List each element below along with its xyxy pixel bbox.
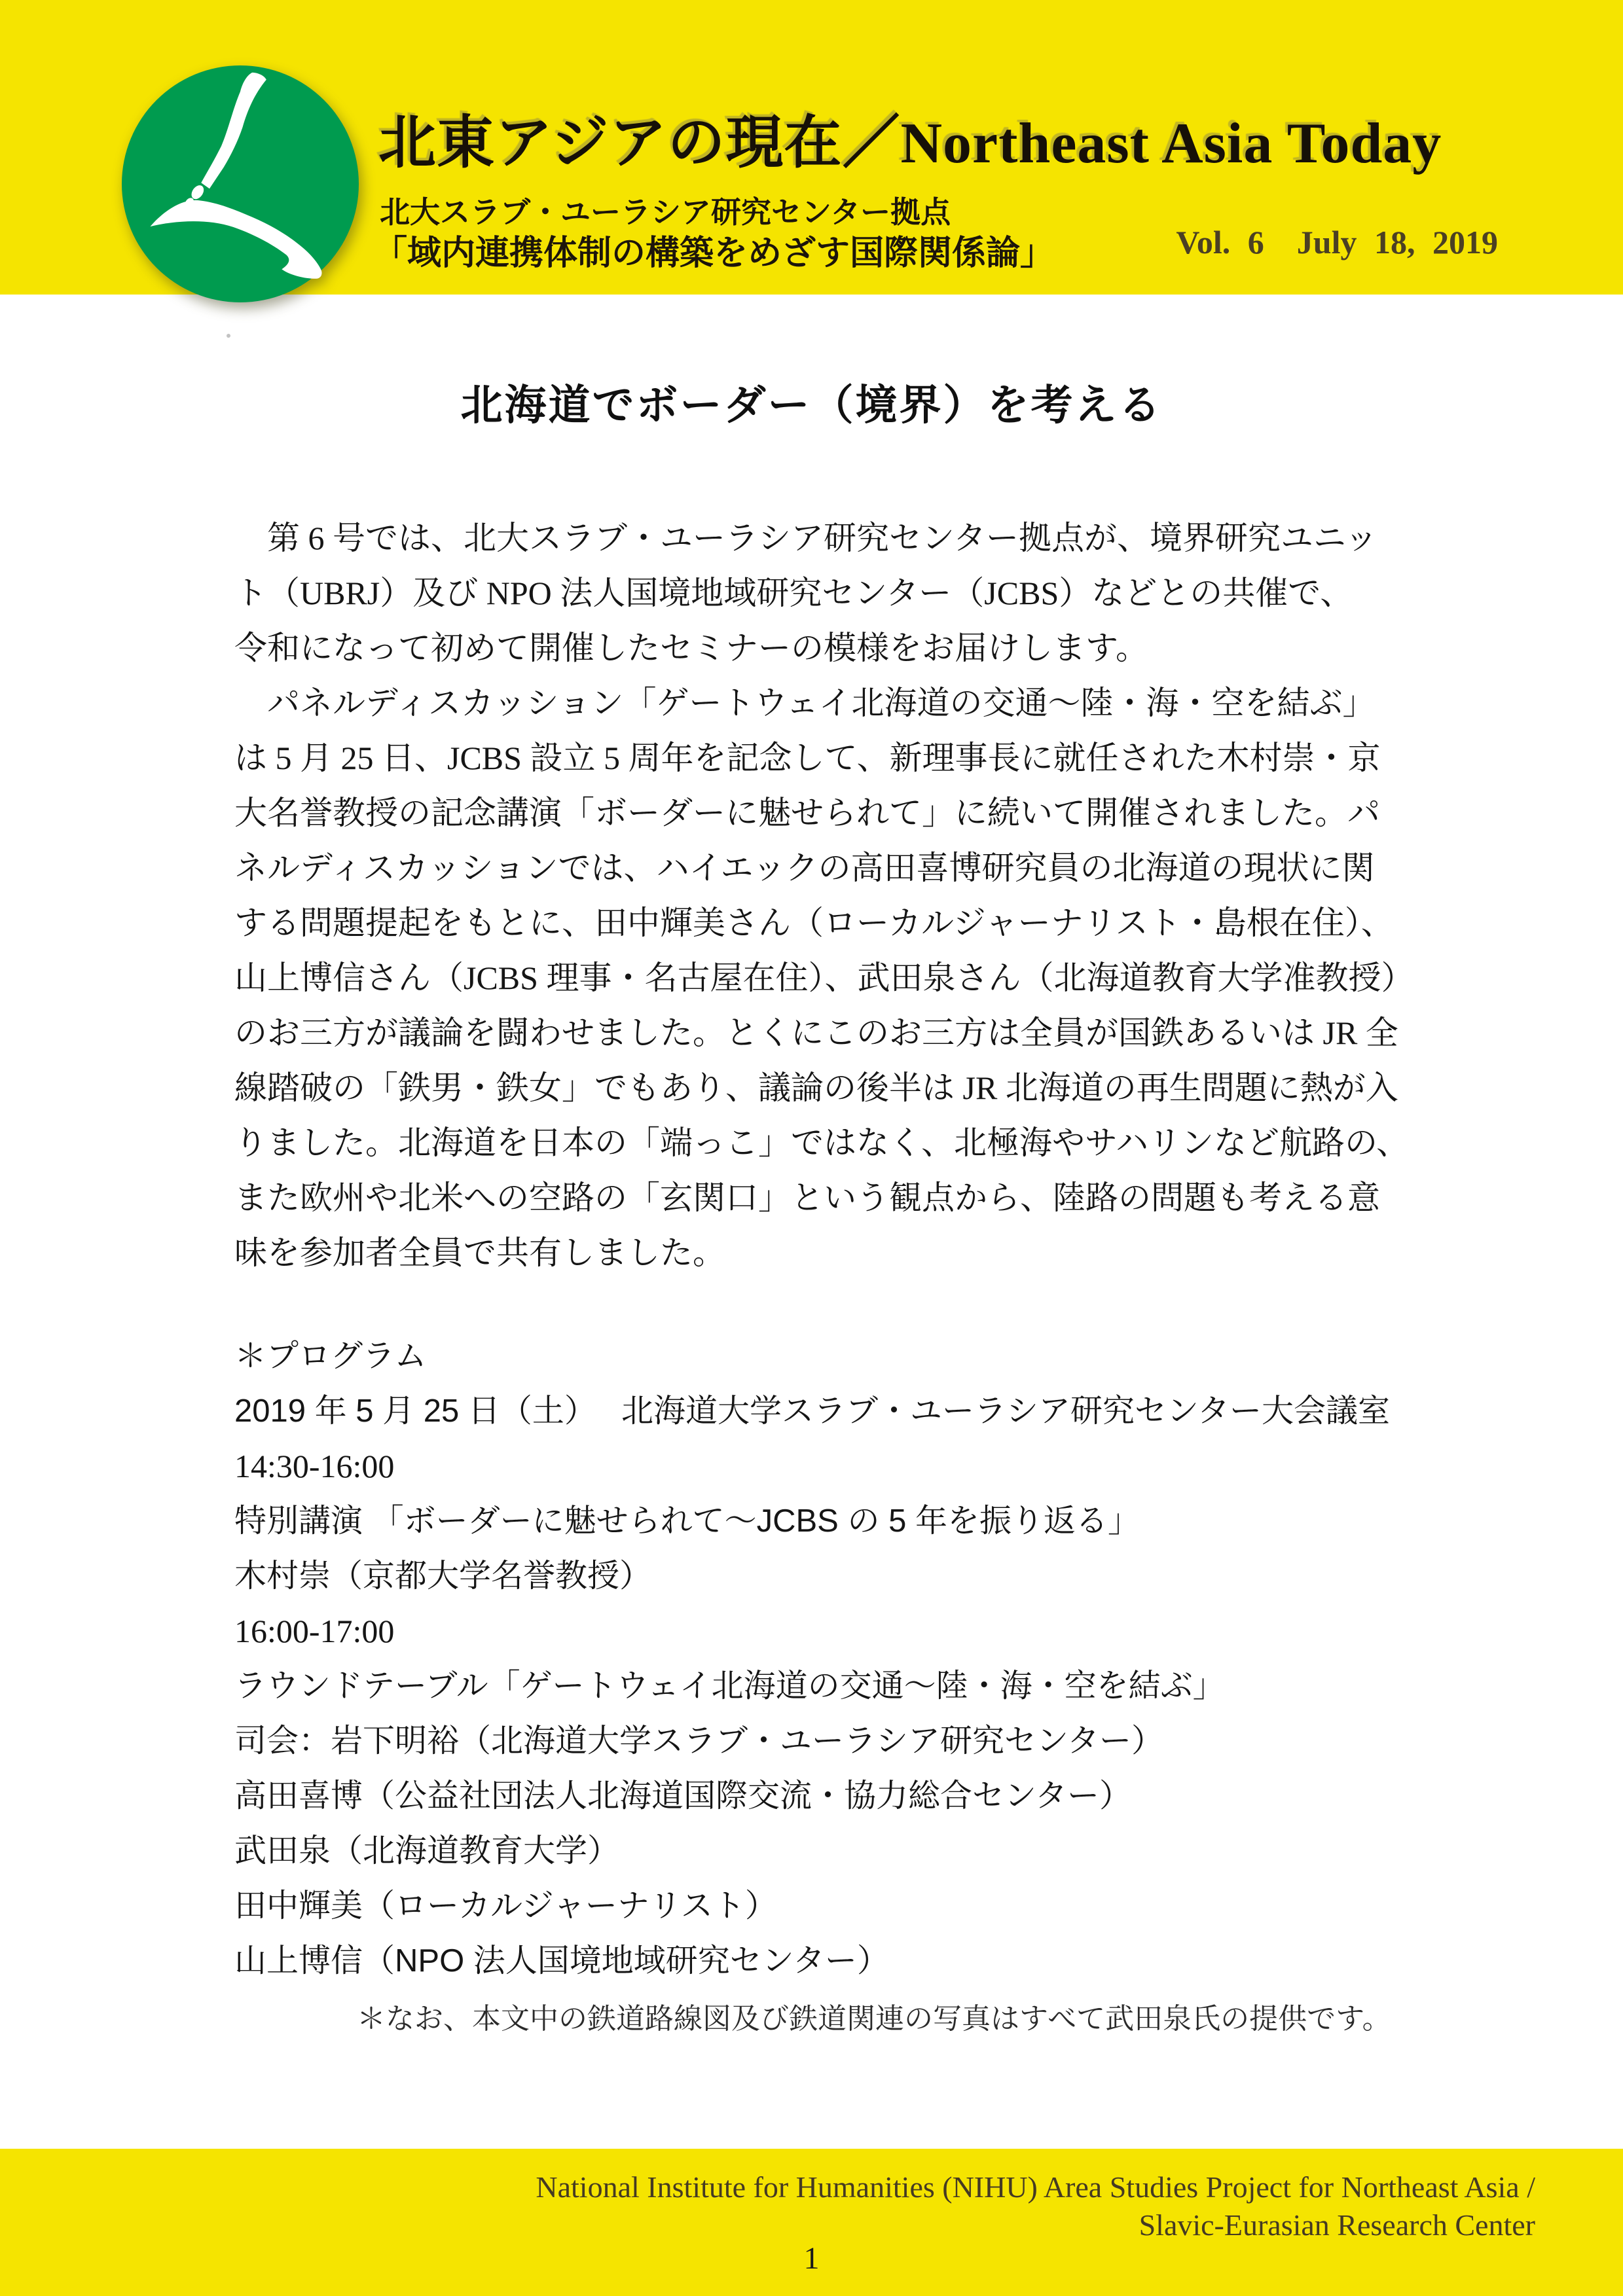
text-line: 大名誉教授の記念講演「ボーダーに魅せられて」に続いて開催されました。パ [234,785,1396,840]
text-line: は 5 月 25 日、JCBS 設立 5 周年を記念して、新理事長に就任された木… [234,730,1396,785]
program-section: ＊プログラム2019 年 5 月 25 日（土） 北海道大学スラブ・ユーラシア研… [234,1329,1478,1988]
issue-info: Vol. 6 July 18, 2019 [1176,216,1498,263]
text-line: りました。北海道を日本の「端っこ」ではなく、北極海やサハリンなど航路の、 [234,1115,1396,1170]
center-logo [122,65,359,302]
text-line: パネルディスカッション「ゲートウェイ北海道の交通～陸・海・空を結ぶ」 [234,675,1396,730]
newsletter-page: 北東アジアの現在／Northeast Asia Today 北大スラブ・ユーラシ… [0,0,1623,2296]
text-line: ラウンドテーブル「ゲートウェイ北海道の交通～陸・海・空を結ぶ」 [234,1659,1478,1713]
text-line: のお三方が議論を闘わせました。とくにこのお三方は全員が国鉄あるいは JR 全 [234,1005,1396,1060]
article-body: 第 6 号では、北大スラブ・ユーラシア研究センター拠点が、境界研究ユニット（UB… [234,511,1396,1280]
newsletter-subtitle-quote: 「域内連携体制の構築をめざす国際関係論」 [373,225,1054,274]
text-line: ネルディスカッションでは、ハイエックの高田喜博研究員の北海道の現状に関 [234,840,1396,895]
footer-credit: National Institute for Humanities (NIHU)… [536,2168,1535,2244]
text-line: 線踏破の「鉄男・鉄女」でもあり、議論の後半は JR 北海道の再生問題に熱が入 [234,1060,1396,1115]
text-line: 2019 年 5 月 25 日（土） 北海道大学スラブ・ユーラシア研究センター大… [234,1384,1478,1439]
stray-dot [227,334,230,338]
text-line: また欧州や北米への空路の「玄関口」という観点から、陸路の問題も考える意 [234,1170,1396,1225]
footer-credit-line2: Slavic-Eurasian Research Center [1139,2208,1535,2242]
brushstroke-icon [122,65,359,302]
text-line: 高田喜博（公益社団法人北海道国際交流・協力総合センター） [234,1768,1478,1823]
text-line: 味を参加者全員で共有しました。 [234,1225,1396,1280]
text-line: 司会：岩下明裕（北海道大学スラブ・ユーラシア研究センター） [234,1713,1478,1768]
program-note: ＊なお、本文中の鉄道路線図及び鉄道関連の写真はすべて武田泉氏の提供です。 [357,1995,1391,2037]
text-line: 特別講演 「ボーダーに魅せられて～JCBS の 5 年を振り返る」 [234,1494,1478,1549]
footer-band: National Institute for Humanities (NIHU)… [0,2149,1623,2296]
newsletter-title: 北東アジアの現在／Northeast Asia Today [378,97,1442,179]
text-line: 木村崇（京都大学名誉教授） [234,1549,1478,1604]
article-title: 北海道でボーダー（境界）を考える [0,372,1623,432]
text-line: 田中輝美（ローカルジャーナリスト） [234,1878,1478,1933]
text-line: 16:00-17:00 [234,1604,1478,1659]
text-line: 山上博信さん（JCBS 理事・名古屋在住）、武田泉さん（北海道教育大学准教授） [234,950,1396,1005]
text-line: 武田泉（北海道教育大学） [234,1823,1478,1878]
text-line: 14:30-16:00 [234,1439,1478,1494]
text-line: 山上博信（NPO 法人国境地域研究センター） [234,1933,1478,1988]
text-line: 第 6 号では、北大スラブ・ユーラシア研究センター拠点が、境界研究ユニッ [234,511,1396,565]
text-line: 令和になって初めて開催したセミナーの模様をお届けします。 [234,620,1396,675]
text-line: ト（UBRJ）及び NPO 法人国境地域研究センター（JCBS）などとの共催で、 [234,565,1396,620]
page-number: 1 [0,2240,1623,2276]
text-line: ＊プログラム [234,1329,1478,1384]
text-line: する問題提起をもとに、田中輝美さん（ローカルジャーナリスト・島根在住）、 [234,895,1396,950]
footer-credit-line1: National Institute for Humanities (NIHU)… [536,2170,1535,2204]
